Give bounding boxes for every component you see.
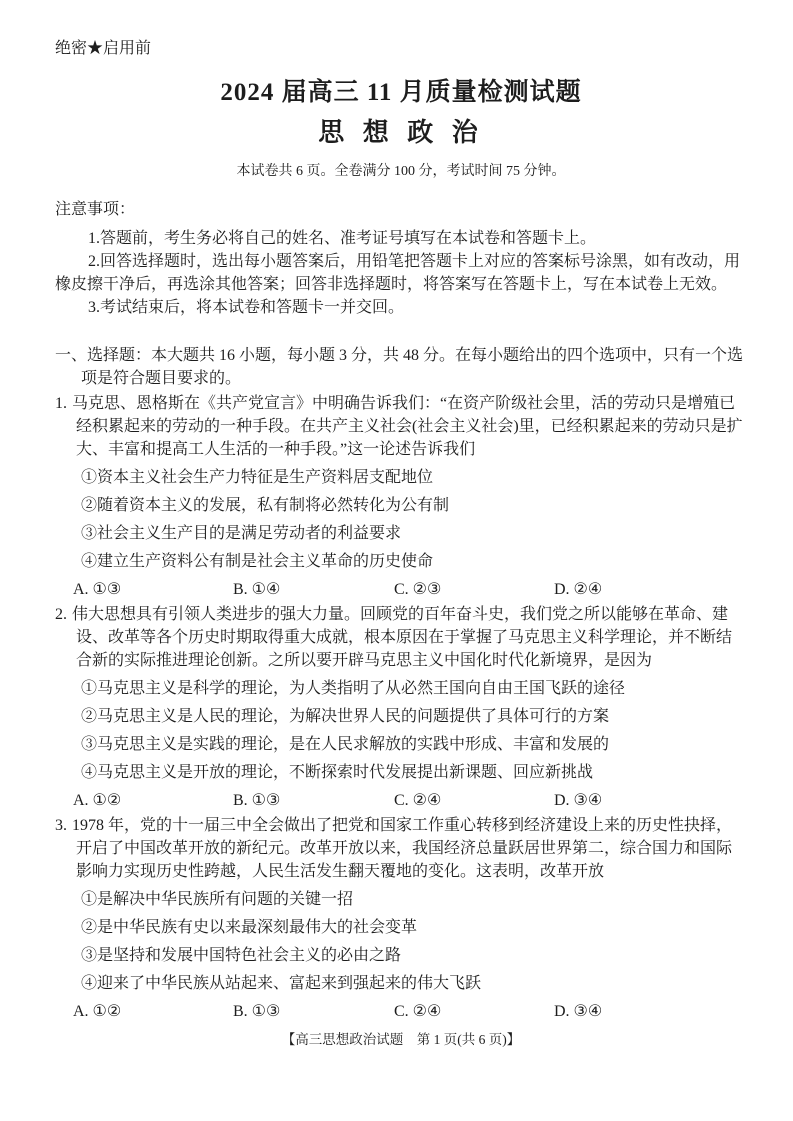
exam-info: 本试卷共 6 页。全卷满分 100 分，考试时间 75 分钟。 xyxy=(55,163,747,181)
option-b: B. ①③ xyxy=(233,1000,394,1023)
question-item: ④马克思主义是开放的理论，不断探索时代发展提出新课题、回应新挑战 xyxy=(55,761,747,784)
question-item: ②是中华民族有史以来最深刻最伟大的社会变革 xyxy=(55,916,747,939)
question-number: 3. xyxy=(55,817,72,834)
notice-item: 3.考试结束后，将本试卷和答题卡一并交回。 xyxy=(55,296,747,319)
question-item: ③是坚持和发展中国特色社会主义的必由之路 xyxy=(55,944,747,967)
section-heading: 一、选择题：本大题共 16 小题，每小题 3 分，共 48 分。在每小题给出的四… xyxy=(55,344,747,390)
question-item: ①资本主义社会生产力特征是生产资料居支配地位 xyxy=(55,466,747,489)
exam-title: 2024 届高三 11 月质量检测试题 xyxy=(55,76,747,110)
question-stem: 2.伟大思想具有引领人类进步的强大力量。回顾党的百年奋斗史，我们党之所以能够在革… xyxy=(55,603,747,672)
question-stem-text: 马克思、恩格斯在《共产党宣言》中明确告诉我们：“在资产阶级社会里，活的劳动只是增… xyxy=(72,395,743,458)
question-item: ②马克思主义是人民的理论，为解决世界人民的问题提供了具体可行的方案 xyxy=(55,705,747,728)
option-c: C. ②③ xyxy=(394,578,554,601)
question: 2.伟大思想具有引领人类进步的强大力量。回顾党的百年奋斗史，我们党之所以能够在革… xyxy=(55,603,747,812)
notice-item: 2.回答选择题时，选出每小题答案后，用铅笔把答题卡上对应的答案标号涂黑，如有改动… xyxy=(55,250,747,296)
option-c: C. ②④ xyxy=(394,789,554,812)
option-d: D. ②④ xyxy=(554,578,747,601)
exam-page: 绝密★启用前 2024 届高三 11 月质量检测试题 思 想 政 治 本试卷共 … xyxy=(0,0,793,1121)
question-item: ①马克思主义是科学的理论，为人类指明了从必然王国向自由王国飞跃的途径 xyxy=(55,677,747,700)
notice: 注意事项： 1.答题前，考生务必将自己的姓名、准考证号填写在本试卷和答题卡上。 … xyxy=(55,198,747,319)
option-b: B. ①③ xyxy=(233,789,394,812)
question-stem: 1.马克思、恩格斯在《共产党宣言》中明确告诉我们：“在资产阶级社会里，活的劳动只… xyxy=(55,392,747,461)
notice-item: 1.答题前，考生务必将自己的姓名、准考证号填写在本试卷和答题卡上。 xyxy=(55,227,747,250)
question: 3.1978 年，党的十一届三中全会做出了把党和国家工作重心转移到经济建设上来的… xyxy=(55,814,747,1023)
notice-heading: 注意事项： xyxy=(55,198,747,221)
question-stem-text: 伟大思想具有引领人类进步的强大力量。回顾党的百年奋斗史，我们党之所以能够在革命、… xyxy=(72,606,732,669)
option-d: D. ③④ xyxy=(554,789,747,812)
exam-subject: 思 想 政 治 xyxy=(55,116,747,150)
question-stem-text: 1978 年，党的十一届三中全会做出了把党和国家工作重心转移到经济建设上来的历史… xyxy=(72,817,732,880)
question: 1.马克思、恩格斯在《共产党宣言》中明确告诉我们：“在资产阶级社会里，活的劳动只… xyxy=(55,392,747,601)
option-c: C. ②④ xyxy=(394,1000,554,1023)
question-number: 1. xyxy=(55,395,72,412)
option-a: A. ①② xyxy=(73,1000,233,1023)
page-footer: 【高三思想政治试题 第 1 页(共 6 页)】 xyxy=(55,1031,747,1049)
question-item: ④迎来了中华民族从站起来、富起来到强起来的伟大飞跃 xyxy=(55,972,747,995)
question-item: ①是解决中华民族所有问题的关键一招 xyxy=(55,888,747,911)
question-item: ④建立生产资料公有制是社会主义革命的历史使命 xyxy=(55,550,747,573)
question-stem: 3.1978 年，党的十一届三中全会做出了把党和国家工作重心转移到经济建设上来的… xyxy=(55,814,747,883)
option-a: A. ①② xyxy=(73,789,233,812)
question-item: ③社会主义生产目的是满足劳动者的利益要求 xyxy=(55,522,747,545)
classification-label: 绝密★启用前 xyxy=(55,40,747,58)
option-d: D. ③④ xyxy=(554,1000,747,1023)
option-a: A. ①③ xyxy=(73,578,233,601)
question-item: ②随着资本主义的发展，私有制将必然转化为公有制 xyxy=(55,494,747,517)
question-options: A. ①② B. ①③ C. ②④ D. ③④ xyxy=(55,789,747,812)
question-options: A. ①③ B. ①④ C. ②③ D. ②④ xyxy=(55,578,747,601)
question-item: ③马克思主义是实践的理论，是在人民求解放的实践中形成、丰富和发展的 xyxy=(55,733,747,756)
option-b: B. ①④ xyxy=(233,578,394,601)
question-options: A. ①② B. ①③ C. ②④ D. ③④ xyxy=(55,1000,747,1023)
question-number: 2. xyxy=(55,606,72,623)
